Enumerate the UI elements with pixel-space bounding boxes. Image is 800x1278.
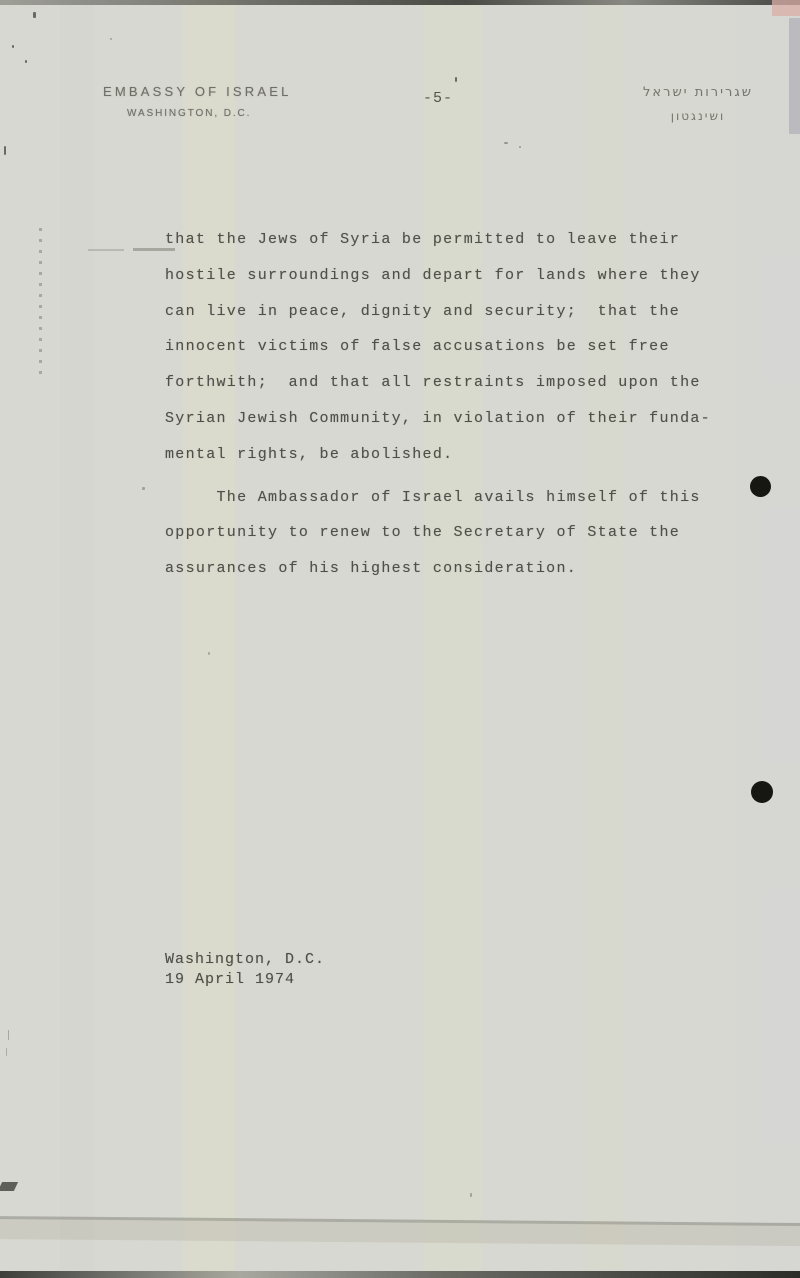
letterhead-embassy-name: EMBASSY OF ISRAEL	[103, 84, 292, 99]
corner-pink-artifact	[772, 0, 800, 16]
ink-speck	[12, 45, 14, 48]
page-bottom-edge-shadow	[0, 1271, 800, 1278]
ink-speck	[455, 77, 457, 82]
body-line: innocent victims of false accusations be…	[165, 329, 745, 365]
scan-band	[60, 0, 94, 1278]
body-line: forthwith; and that all restraints impos…	[165, 365, 745, 401]
scan-band	[424, 0, 482, 1278]
ink-speck	[504, 142, 508, 144]
paragraph: that the Jews of Syria be permitted to l…	[165, 222, 745, 473]
ink-speck	[470, 1193, 472, 1197]
hole-punch-dot-upper	[750, 476, 771, 497]
document-body: that the Jews of Syria be permitted to l…	[165, 222, 745, 587]
page-number: -5-	[423, 90, 453, 107]
ink-speck	[33, 12, 36, 18]
letterhead-city: WASHINGTON, D.C.	[127, 108, 292, 119]
hole-punch-dot-lower	[751, 781, 773, 803]
ink-speck	[25, 60, 27, 63]
bottom-left-smudge	[0, 1182, 18, 1191]
letterhead: EMBASSY OF ISRAEL WASHINGTON, D.C.	[103, 84, 292, 119]
scan-band	[183, 0, 235, 1278]
scanned-document-page: EMBASSY OF ISRAEL WASHINGTON, D.C. -5- ש…	[0, 0, 800, 1278]
ink-speck	[208, 652, 210, 655]
paragraph: The Ambassador of Israel avails himself …	[165, 480, 745, 587]
body-line: The Ambassador of Israel avails himself …	[165, 480, 745, 516]
hebrew-city: ושינגטון	[634, 109, 762, 123]
body-line: hostile surroundings and depart for land…	[165, 258, 745, 294]
scan-band	[735, 0, 800, 1278]
dateline-date: 19 April 1974	[165, 970, 325, 990]
dateline-city: Washington, D.C.	[165, 950, 325, 970]
scan-band	[583, 0, 625, 1278]
ink-speck	[6, 1048, 7, 1056]
pencil-dash	[88, 249, 124, 251]
body-line: Syrian Jewish Community, in violation of…	[165, 401, 745, 437]
body-line: that the Jews of Syria be permitted to l…	[165, 222, 745, 258]
body-line: opportunity to renew to the Secretary of…	[165, 515, 745, 551]
ink-speck	[4, 146, 6, 155]
ink-speck	[142, 487, 145, 490]
left-margin-ticks	[39, 228, 42, 380]
dateline: Washington, D.C. 19 April 1974	[165, 950, 325, 990]
body-line: can live in peace, dignity and security;…	[165, 294, 745, 330]
right-edge-artifact	[789, 18, 800, 134]
ink-speck	[519, 146, 521, 148]
hebrew-letterhead: שגרירות ישראל ושינגטון	[634, 85, 762, 123]
body-line: mental rights, be abolished.	[165, 437, 745, 473]
ink-speck	[8, 1030, 9, 1040]
ink-speck	[110, 38, 112, 40]
body-line: assurances of his highest consideration.	[165, 551, 745, 587]
hebrew-embassy-name: שגרירות ישראל	[634, 85, 762, 100]
page-top-edge-shadow	[0, 0, 800, 5]
